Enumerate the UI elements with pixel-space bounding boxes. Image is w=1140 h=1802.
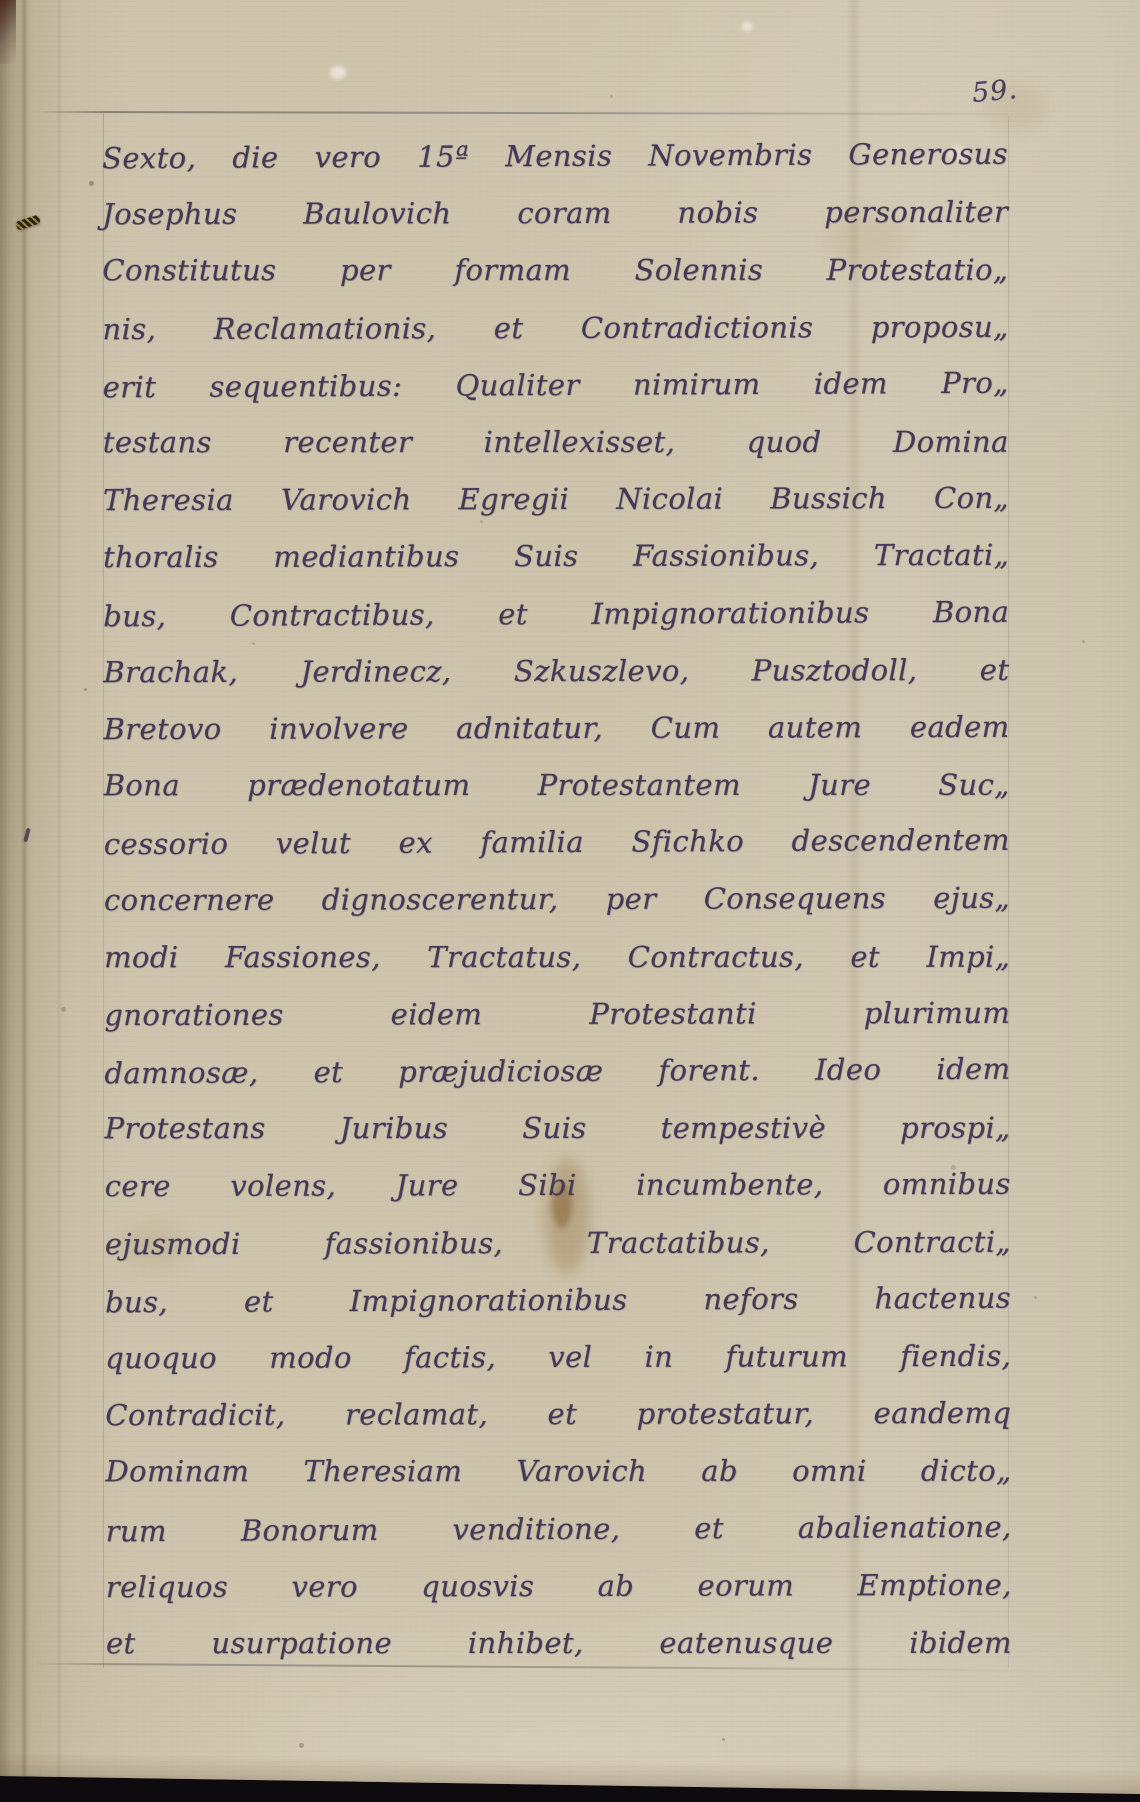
manuscript-line: bus, Contractibus, et Impignorationibus … bbox=[103, 583, 1009, 645]
scan-backdrop: 59. Sexto, die vero 15ª Mensis Novembris… bbox=[0, 0, 1140, 1802]
manuscript-line: Bretovo involvere adnitatur, Cum autem e… bbox=[103, 699, 1009, 759]
page-number: 59. bbox=[971, 74, 1019, 109]
manuscript-line: Theresia Varovich Egregii Nicolai Bussic… bbox=[103, 470, 1009, 530]
paper-spot bbox=[742, 22, 753, 31]
manuscript-line: concernere dignoscerentur, per Consequen… bbox=[104, 870, 1010, 930]
fold-crease-left bbox=[20, 0, 30, 1802]
page-corner-shadow bbox=[0, 0, 16, 64]
manuscript-line: Contradicit, reclamat, et protestatur, e… bbox=[105, 1385, 1011, 1445]
manuscript-line: et usurpatione inhibet, eatenusque ibide… bbox=[106, 1615, 1012, 1673]
manuscript-page: 59. Sexto, die vero 15ª Mensis Novembris… bbox=[0, 0, 1140, 1802]
manuscript-line: gnorationes eidem Protestanti plurimum bbox=[104, 985, 1010, 1045]
manuscript-line: cessorio velut ex familia Sfichko descen… bbox=[104, 812, 1010, 874]
paper-speckles bbox=[0, 0, 3, 3]
manuscript-line: Brachak, Jerdinecz, Szkuszlevo, Pusztodo… bbox=[103, 642, 1009, 702]
manuscript-line: nis, Reclamationis, et Contradictionis p… bbox=[102, 298, 1008, 358]
manuscript-line: ejusmodi fassionibus, Tractatibus, Contr… bbox=[105, 1213, 1011, 1273]
manuscript-line: damnosæ, et præjudiciosæ forent. Ideo id… bbox=[104, 1041, 1010, 1103]
fold-crease-inner bbox=[56, 0, 62, 1802]
manuscript-line: quoquo modo factis, vel in futurum fiend… bbox=[105, 1328, 1011, 1388]
manuscript-line: erit sequentibus: Qualiter nimirum idem … bbox=[103, 354, 1009, 416]
manuscript-line: Sexto, die vero 15ª Mensis Novembris Gen… bbox=[102, 126, 1008, 188]
manuscript-line: bus, et Impignorationibus nefors hactenu… bbox=[105, 1269, 1011, 1331]
manuscript-line: rum Bonorum venditione, et abalienatione… bbox=[106, 1498, 1012, 1560]
manuscript-line: cere volens, Jure Sibi incumbente, omnib… bbox=[105, 1156, 1011, 1216]
manuscript-text: Sexto, die vero 15ª Mensis Novembris Gen… bbox=[102, 127, 1012, 1673]
manuscript-line: reliquos vero quosvis ab eorum Emptione, bbox=[106, 1556, 1012, 1616]
paper-spot bbox=[330, 66, 346, 79]
manuscript-line: Constitutus per formam Solennis Protesta… bbox=[102, 242, 1008, 300]
manuscript-line: modi Fassiones, Tractatus, Contractus, e… bbox=[104, 928, 1010, 986]
manuscript-line: Protestans Juribus Suis tempestivè prosp… bbox=[105, 1100, 1011, 1158]
manuscript-line: Bona prædenotatum Protestantem Jure Suc„ bbox=[104, 757, 1010, 815]
binding-gutter bbox=[0, 0, 110, 1802]
manuscript-line: Dominam Theresiam Varovich ab omni dicto… bbox=[105, 1443, 1011, 1501]
manuscript-line: Josephus Baulovich coram nobis personali… bbox=[102, 184, 1008, 244]
manuscript-line: testans recenter intellexisset, quod Dom… bbox=[103, 414, 1009, 472]
manuscript-line: thoralis mediantibus Suis Fassionibus, T… bbox=[103, 527, 1009, 587]
